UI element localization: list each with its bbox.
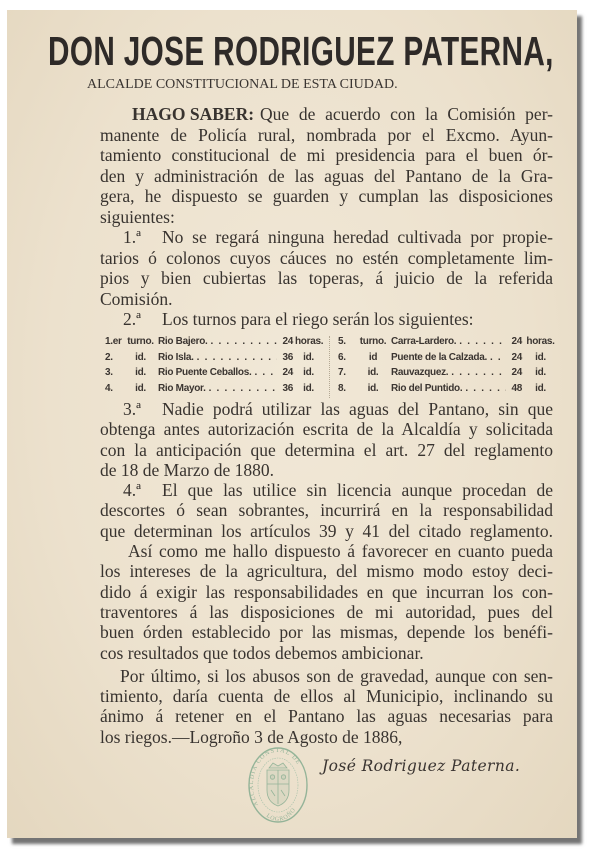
dot-leader [487, 350, 506, 366]
text-line: Así como me hallo dispuesto á favorecer … [100, 541, 553, 561]
place-cell: Rio Isla. [155, 350, 277, 366]
text-line: buen órden establecido por las mismas, d… [100, 622, 553, 642]
article-number: 2.ª [123, 309, 162, 330]
hours-unit: id. [522, 350, 557, 366]
text-line: den y administración de las aguas del Pa… [100, 166, 553, 187]
text-line: El que las utilice sin licencia aunque p… [162, 480, 553, 500]
text-line: Que de acuerdo con la Comisión per- [260, 104, 553, 125]
hours-value: 36 [277, 350, 293, 366]
text-line: dido á exigir las responsabilidades en q… [100, 582, 553, 602]
place-cell: Rauvazquez. [388, 365, 506, 381]
table-row: 5. turno. Carra-Lardero. 24 horas. [338, 334, 557, 350]
text-line: gera, he dispuesto se guarden y cumplan … [100, 186, 553, 207]
hours-unit: id. [293, 381, 322, 397]
place-cell: Rio Bajero. [155, 334, 277, 350]
text-line: obtenga antes autorización escrita de la… [100, 419, 553, 439]
dot-leader [251, 365, 277, 381]
text-line: con la anticipación que determina el art… [100, 440, 553, 460]
irrigation-schedule-right: 5. turno. Carra-Lardero. 24 horas. 6. id… [338, 334, 557, 397]
hours-value: 36 [277, 381, 293, 397]
shift-label: turno. [358, 334, 388, 350]
hours-unit: id. [293, 365, 322, 381]
text-line: Comisión. [100, 289, 553, 310]
seal-bottom-textpath: LOGROÑO [265, 807, 297, 823]
article-number: 4.ª [123, 480, 162, 500]
table-row: 6. id Puente de la Calzada. 24 id. [338, 350, 557, 366]
shift-number: 8. [338, 381, 358, 397]
hours-unit: horas. [522, 334, 557, 350]
table-row: 7. id. Rauvazquez. 24 id. [338, 365, 557, 381]
text-line: ánimo á retener en el Pantano las aguas … [100, 706, 553, 726]
place-name: Rio Mayor. [158, 381, 206, 397]
irrigation-schedule-left: 1.er turno. Rio Bajero. 24 horas. 2. id.… [105, 334, 322, 397]
shift-number: 6. [338, 350, 358, 366]
place-cell: Rio Mayor. [155, 381, 277, 397]
text-line: siguientes: [100, 207, 553, 228]
shift-label: id. [126, 381, 155, 397]
proclamation-closing-block: Por último, si los abusos son de graveda… [100, 666, 553, 747]
dot-leader [448, 365, 506, 381]
article-4: 4.ª El que las utilice sin licencia aunq… [100, 480, 553, 500]
municipal-seal-stamp: ALCALDIA CONSTAL DE LOGROÑO [247, 746, 309, 824]
place-name: Rio Bajero. [158, 334, 208, 350]
place-name: Rio Puente Ceballos. [158, 365, 251, 381]
shift-number: 2. [105, 350, 126, 366]
hours-value: 48 [506, 381, 522, 397]
proclamation-articles-block: 3.ª Nadie podrá utilizar las aguas del P… [100, 399, 553, 663]
text-line: timiento, daría cuenta de ellos al Munic… [100, 686, 553, 706]
text-line: manente de Policía rural, nombrada por e… [100, 125, 553, 146]
hours-unit: horas. [293, 334, 322, 350]
table-row: 2. id. Rio Isla. 36 id. [105, 350, 322, 366]
page-title: DON JOSE RODRIGUEZ PATERNA, [48, 31, 554, 72]
text-line: descortes ó sean sobrantes, incurrirá en… [100, 500, 553, 520]
shift-label: turno. [126, 334, 155, 350]
place-name: Rauvazquez. [391, 365, 448, 381]
shift-label: id. [126, 350, 155, 366]
dot-leader [456, 334, 506, 350]
shift-label: id [358, 350, 388, 366]
place-name: Rio del Puntido. [391, 381, 462, 397]
shift-number: 4. [105, 381, 126, 397]
text-line: que determinan los artículos 39 y 41 del… [100, 521, 553, 541]
place-name: Puente de la Calzada. [391, 350, 487, 366]
dot-leader [462, 381, 506, 397]
coat-of-arms-icon [267, 763, 289, 806]
hours-value: 24 [506, 334, 522, 350]
text-line: pios y bien cubiertas las toperas, á jui… [100, 268, 553, 289]
shift-label: id. [358, 381, 388, 397]
text-line: los riegos.—Logroño 3 de Agosto de 1886, [100, 727, 553, 747]
hours-unit: id. [522, 365, 557, 381]
table-row: 3. id. Rio Puente Ceballos. 24 id. [105, 365, 322, 381]
shift-label: id. [126, 365, 155, 381]
dot-leader [208, 334, 278, 350]
hours-unit: id. [293, 350, 322, 366]
text-line: los intereses de la agricultura, del mis… [100, 561, 553, 581]
text-line: traventores á las disposiciones de mi au… [100, 602, 553, 622]
place-cell: Carra-Lardero. [388, 334, 506, 350]
text-line: Los turnos para el riego serán los sigui… [162, 309, 553, 330]
seal-bottom-text: LOGROÑO [265, 807, 297, 823]
place-name: Carra-Lardero. [391, 334, 456, 350]
dot-leader [206, 381, 277, 397]
mayor-signature: José Rodriguez Paterna. [322, 756, 520, 776]
place-name: Rio Isla. [158, 350, 194, 366]
shift-number: 5. [338, 334, 358, 350]
text-line: tarios ó colonos cuyos cáuces no estén c… [100, 248, 553, 269]
hours-value: 24 [506, 350, 522, 366]
article-1: 1.ª No se regará ninguna heredad cultiva… [100, 227, 553, 248]
place-cell: Puente de la Calzada. [388, 350, 506, 366]
text-line: cos resultados que todos debemos ambicio… [100, 643, 553, 663]
place-cell: Rio del Puntido. [388, 381, 506, 397]
text-line: tamiento constitucional de mi presidenci… [100, 145, 553, 166]
table-row: 8. id. Rio del Puntido. 48 id. [338, 381, 557, 397]
page-subtitle: ALCALDE CONSTITUCIONAL DE ESTA CIUDAD. [87, 76, 398, 94]
shift-number: 7. [338, 365, 358, 381]
table-row: 1.er turno. Rio Bajero. 24 horas. [105, 334, 322, 350]
text-line: No se regará ninguna heredad cultivada p… [162, 227, 553, 248]
shift-number: 3. [105, 365, 126, 381]
shift-number: 1.er [105, 334, 126, 350]
schedule-divider [329, 336, 330, 398]
table-row: 4. id. Rio Mayor. 36 id. [105, 381, 322, 397]
text-line: Nadie podrá utilizar las aguas del Panta… [162, 399, 553, 419]
proclamation-intro-block: HAGO SABER: Que de acuerdo con la Comisi… [100, 104, 553, 330]
hours-value: 24 [277, 334, 293, 350]
article-3: 3.ª Nadie podrá utilizar las aguas del P… [100, 399, 553, 419]
hours-value: 24 [506, 365, 522, 381]
article-number: 1.ª [123, 227, 162, 248]
hours-unit: id. [522, 381, 557, 397]
text-line: de 18 de Marzo de 1880. [100, 460, 553, 480]
shift-label: id. [358, 365, 388, 381]
intro-first-line: HAGO SABER: Que de acuerdo con la Comisi… [100, 104, 553, 125]
hours-value: 24 [277, 365, 293, 381]
article-2: 2.ª Los turnos para el riego serán los s… [100, 309, 553, 330]
intro-lead: HAGO SABER: [132, 104, 254, 125]
text-line: Por último, si los abusos son de graveda… [100, 666, 553, 686]
place-cell: Rio Puente Ceballos. [155, 365, 277, 381]
dot-leader [194, 350, 277, 366]
article-number: 3.ª [123, 399, 162, 419]
